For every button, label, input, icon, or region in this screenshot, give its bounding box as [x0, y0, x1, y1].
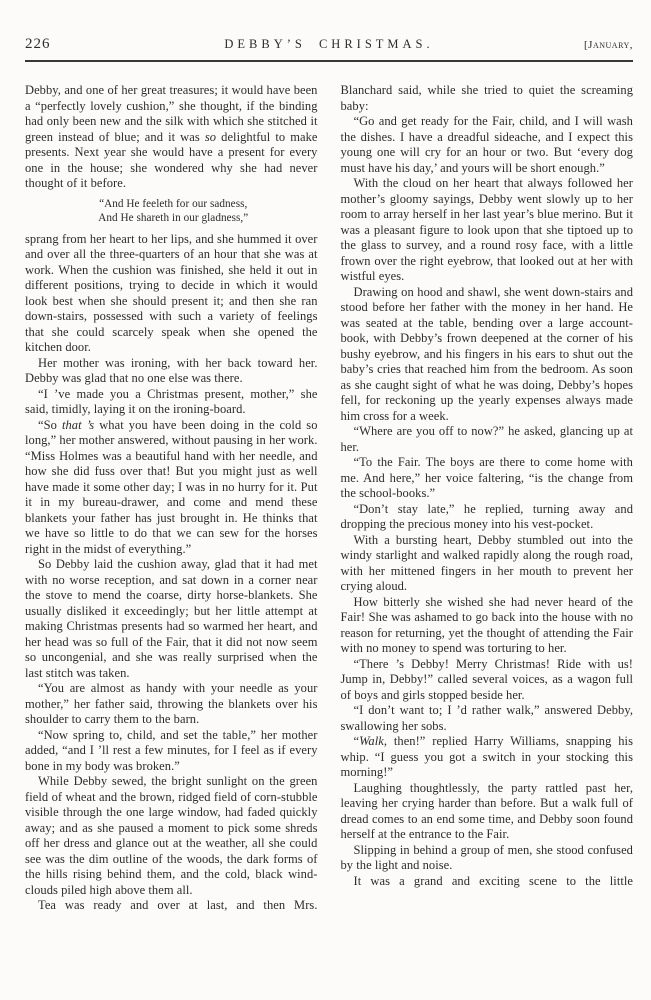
- text-columns: Debby, and one of her great treasures; i…: [25, 83, 633, 914]
- column-right: Blanchard said, while she tried to quiet…: [341, 83, 634, 914]
- paragraph: Slipping in behind a group of men, she s…: [341, 843, 634, 874]
- paragraph: “There ’s Debby! Merry Christmas! Ride w…: [341, 657, 634, 704]
- paragraph: “Walk, then!” replied Harry Williams, sn…: [341, 734, 634, 781]
- verse-line: And He shareth in our gladness,”: [29, 211, 318, 226]
- header-rule: [25, 60, 633, 62]
- book-page: 226 DEBBY’S CHRISTMAS. [January, Debby, …: [0, 0, 651, 1000]
- paragraph: How bitterly she wished she had never he…: [341, 595, 634, 657]
- paragraph: Drawing on hood and shawl, she went down…: [341, 285, 634, 425]
- verse-line: “And He feeleth for our sadness,: [29, 197, 318, 212]
- running-title: DEBBY’S CHRISTMAS.: [95, 37, 563, 52]
- paragraph: “To the Fair. The boys are there to come…: [341, 455, 634, 502]
- paragraph: Her mother was ironing, with her back to…: [25, 356, 318, 387]
- paragraph: With the cloud on her heart that always …: [341, 176, 634, 285]
- paragraph: Tea was ready and over at last, and then…: [25, 898, 318, 914]
- hymn-verse: “And He feeleth for our sadness,And He s…: [29, 197, 318, 226]
- paragraph: “Don’t stay late,” he replied, turning a…: [341, 502, 634, 533]
- paragraph: So Debby laid the cushion away, glad tha…: [25, 557, 318, 681]
- paragraph: Debby, and one of her great treasures; i…: [25, 83, 318, 192]
- paragraph: sprang from her heart to her lips, and s…: [25, 232, 318, 356]
- page-number: 226: [25, 36, 95, 53]
- page-header: 226 DEBBY’S CHRISTMAS. [January,: [25, 36, 633, 53]
- paragraph: “You are almost as handy with your needl…: [25, 681, 318, 728]
- paragraph: “I don’t want to; I ’d rather walk,” ans…: [341, 703, 634, 734]
- paragraph: “Go and get ready for the Fair, child, a…: [341, 114, 634, 176]
- paragraph: “Now spring to, child, and set the table…: [25, 728, 318, 775]
- paragraph: “I ’ve made you a Christmas present, mot…: [25, 387, 318, 418]
- column-left: Debby, and one of her great treasures; i…: [25, 83, 318, 914]
- paragraph: “So that ’s what you have been doing in …: [25, 418, 318, 558]
- paragraph: It was a grand and exciting scene to the…: [341, 874, 634, 890]
- paragraph: Blanchard said, while she tried to quiet…: [341, 83, 634, 114]
- paragraph: Laughing thoughtlessly, the party rattle…: [341, 781, 634, 843]
- paragraph: While Debby sewed, the bright sunlight o…: [25, 774, 318, 898]
- paragraph: With a bursting heart, Debby stumbled ou…: [341, 533, 634, 595]
- issue-date: [January,: [563, 39, 633, 51]
- paragraph: “Where are you off to now?” he asked, gl…: [341, 424, 634, 455]
